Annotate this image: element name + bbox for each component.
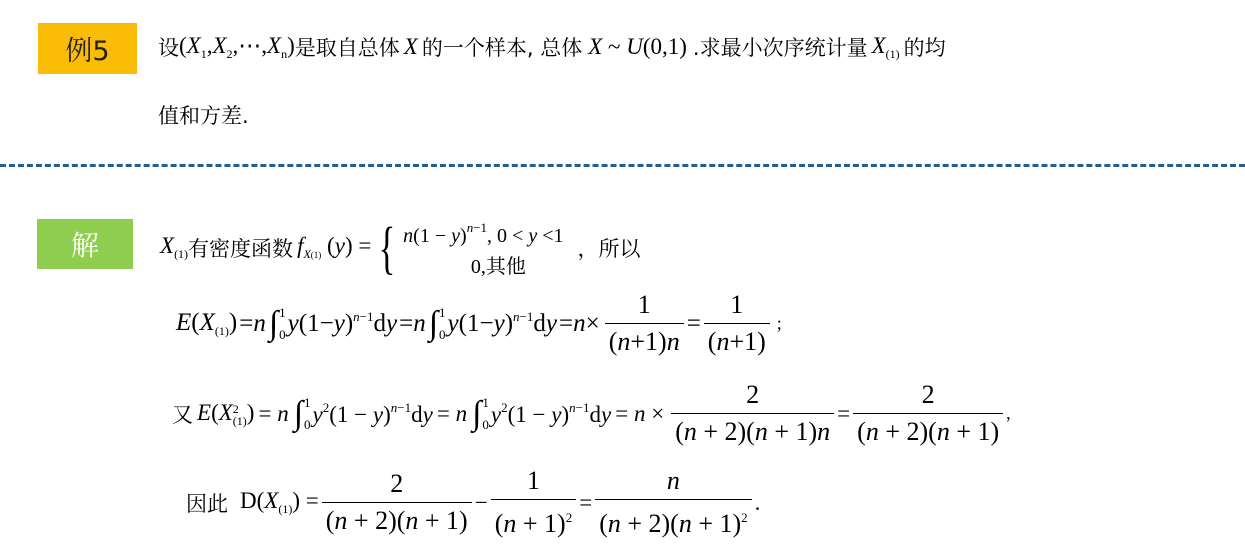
second-moment-line: 又 E(X2(1)) = n ∫10 y2(1 − y)n−1dy = n ∫1… [172, 380, 1011, 447]
fraction: n(n + 2)(n + 1)2 [595, 466, 751, 539]
problem-text: 值和方差. [158, 100, 249, 130]
fraction: 2(n + 2)(n + 1)n [671, 380, 834, 447]
example-tag-label: 例5 [65, 29, 109, 68]
sample-tuple: (X1,X2,⋯,Xn) [179, 33, 295, 62]
dashed-divider [0, 164, 1245, 167]
case-1: n(1 − y)n−1, 0 < y <1 [403, 213, 563, 251]
problem-text: 的均 [904, 32, 946, 62]
math-X: X [404, 34, 418, 60]
distribution: X ~ U(0,1) [588, 34, 687, 60]
fraction: 1(n+1)n [605, 290, 684, 357]
piecewise-cases: n(1 − y)n−1, 0 < y <1 0,其他 [403, 213, 563, 282]
case-2: 0,其他 [403, 251, 563, 282]
solution-tag-label: 解 [71, 224, 99, 264]
order-statistic: X(1) [872, 33, 900, 62]
fraction: 1(n + 1)2 [491, 466, 577, 539]
density-function: fX(1) (y) = [297, 233, 371, 262]
expectation-line: E(X(1)) =n ∫10 y(1−y)n−1dy =n ∫10 y(1−y)… [176, 290, 782, 357]
problem-line-1: 设 (X1,X2,⋯,Xn) 是取自总体 X 的一个样本, 总体 X ~ U(0… [158, 32, 946, 62]
density-tail: ，所以 [577, 233, 640, 263]
solution-tag: 解 [37, 219, 133, 269]
density-text: 有密度函数 [188, 233, 293, 263]
brace-symbol: { [379, 223, 396, 273]
problem-text: 的一个样本, 总体 [422, 32, 582, 62]
example-tag: 例5 [38, 23, 137, 74]
density-line: X(1) 有密度函数 fX(1) (y) = { n(1 − y)n−1, 0 … [160, 213, 640, 282]
fraction: 1(n+1) [704, 290, 770, 357]
problem-text: 是取自总体 [295, 32, 400, 62]
fraction: 2(n + 2)(n + 1) [322, 469, 472, 536]
problem-text: .求最小次序统计量 [693, 32, 868, 62]
variance-line: 因此 D(X(1)) = 2(n + 2)(n + 1) − 1(n + 1)2… [186, 466, 760, 539]
fraction: 2(n + 2)(n + 1) [853, 380, 1003, 447]
problem-line-2: 值和方差. [158, 100, 249, 130]
problem-text: 设 [158, 32, 179, 62]
